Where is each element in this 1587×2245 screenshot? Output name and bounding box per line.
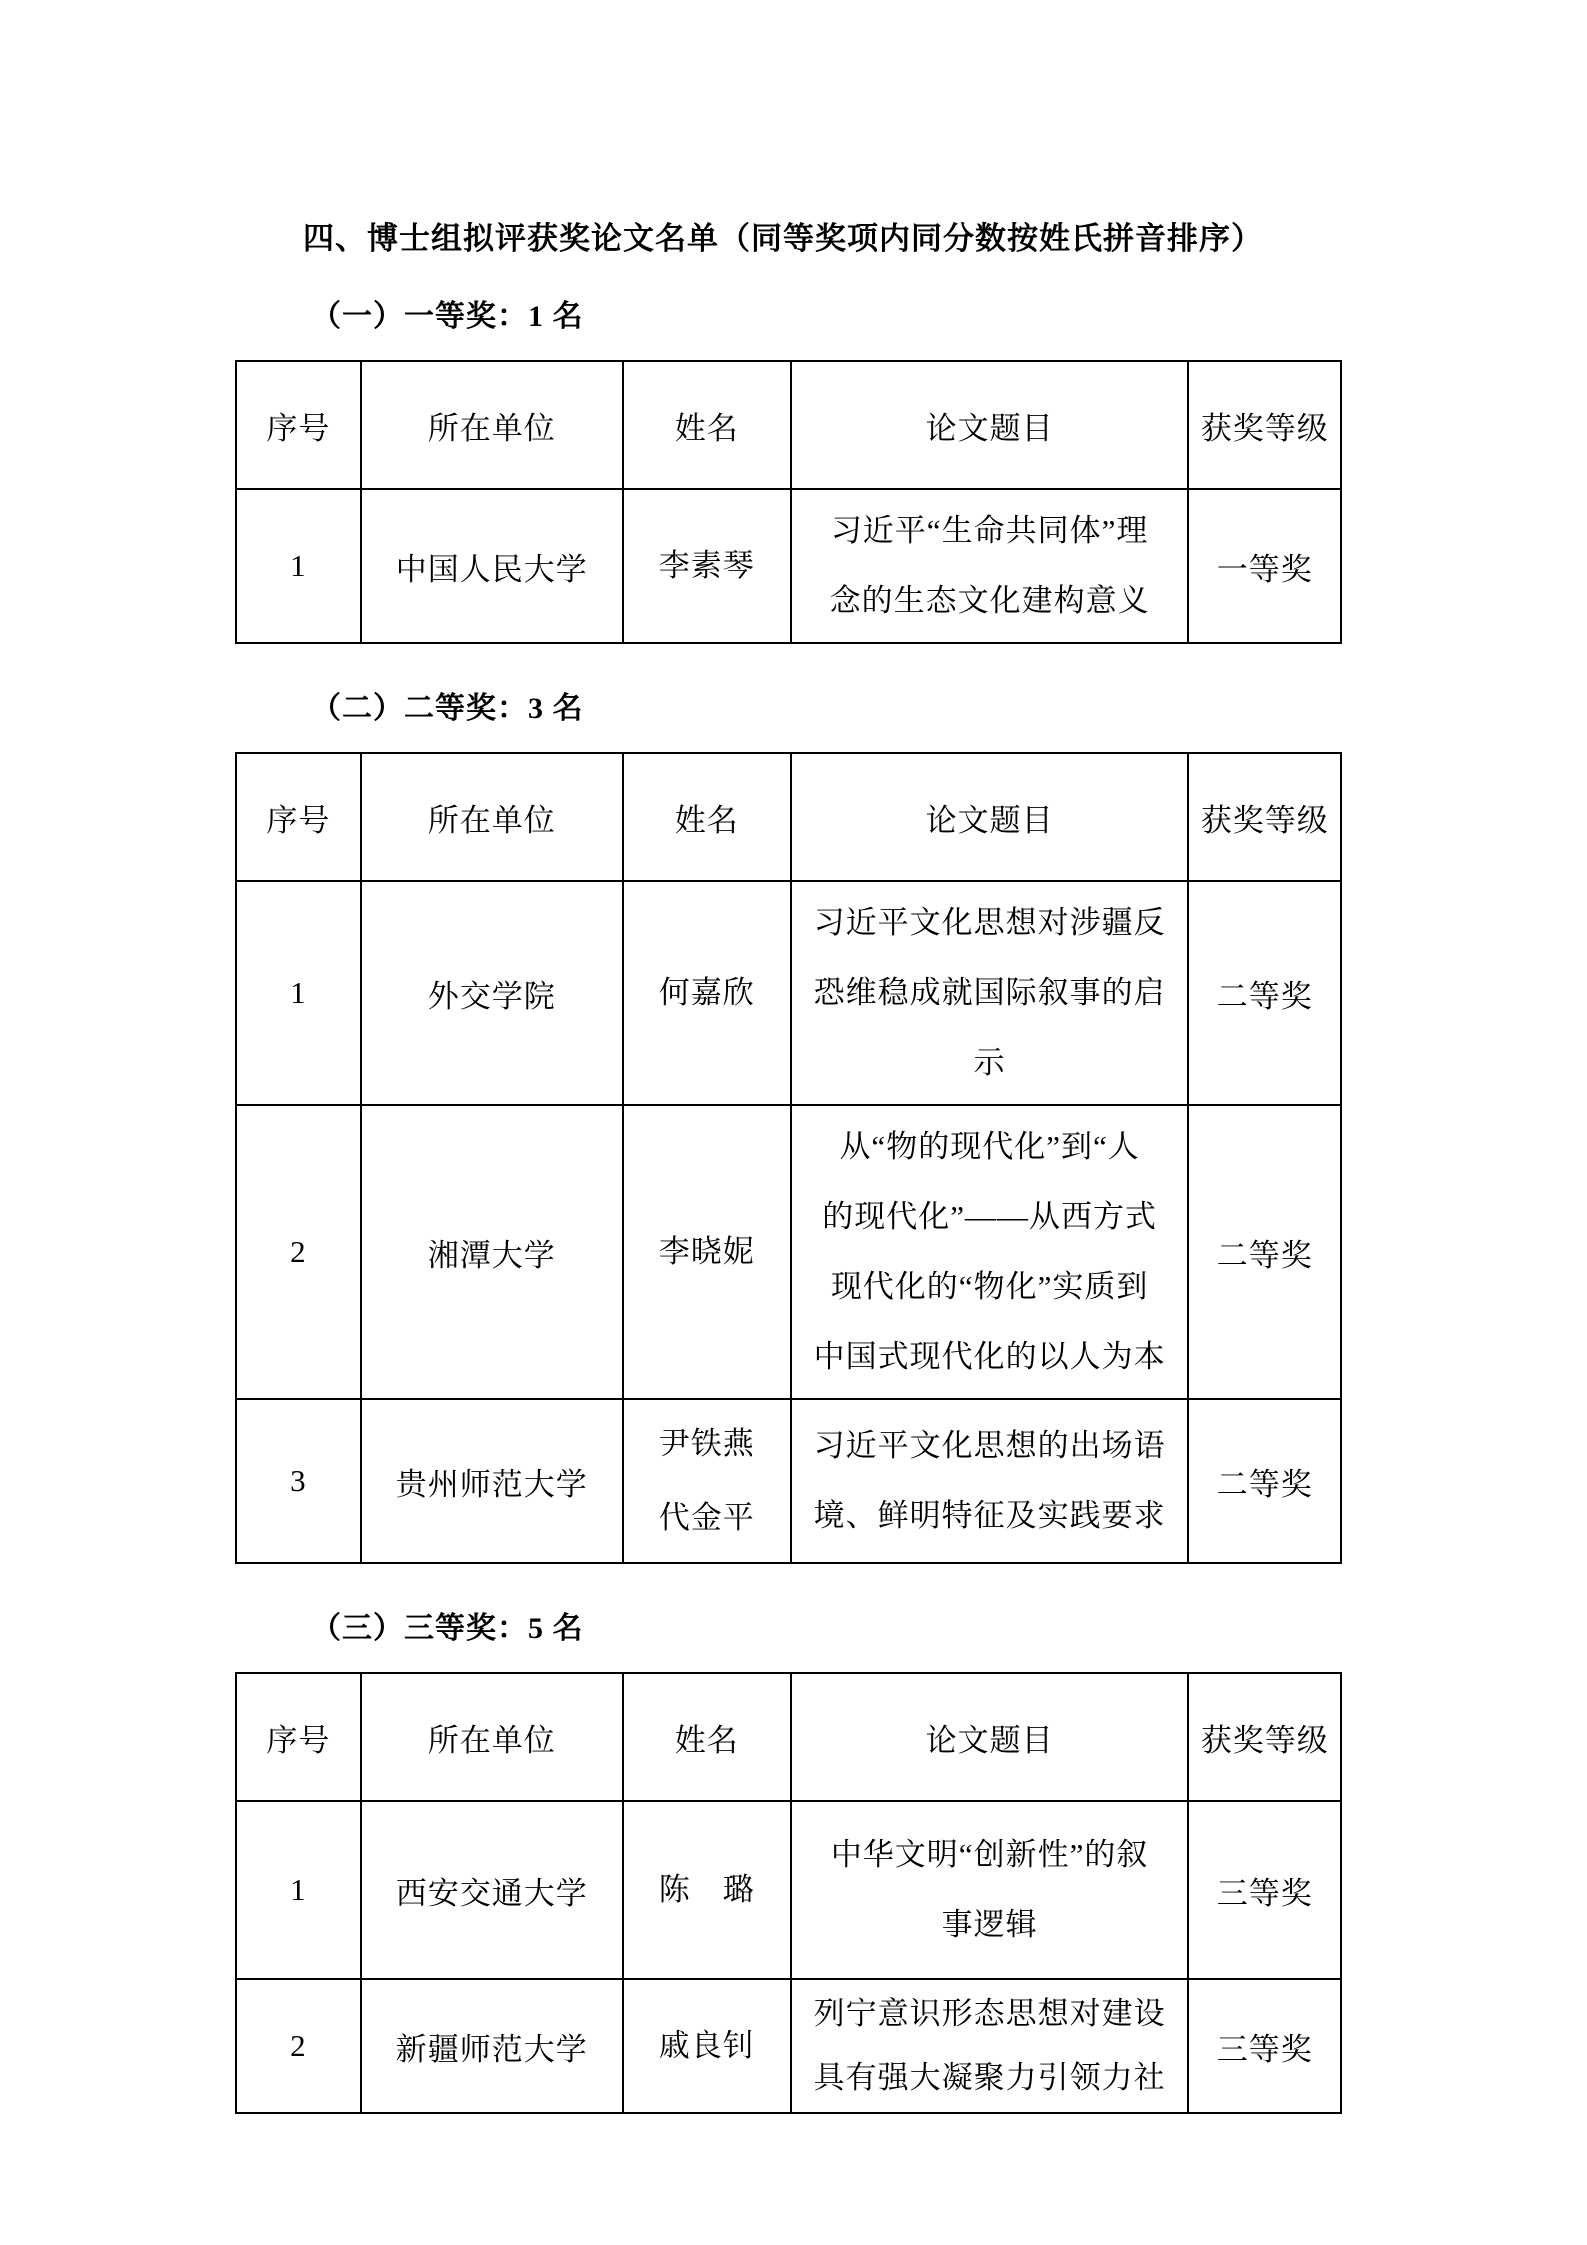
section-second-prize: （二）二等奖：3 名 序号 所在单位 姓名 论文题目 获奖等级 1 外交学院 何… — [235, 690, 1342, 1564]
col-header-award: 获奖等级 — [1188, 361, 1341, 489]
col-header-unit: 所在单位 — [361, 361, 623, 489]
table-header-row: 序号 所在单位 姓名 论文题目 获奖等级 — [236, 753, 1341, 881]
table-row: 3 贵州师范大学 尹铁燕 代金平 习近平文化思想的出场语 境、鲜明特征及实践要求… — [236, 1399, 1341, 1563]
award-table-second-prize: 序号 所在单位 姓名 论文题目 获奖等级 1 外交学院 何嘉欣 习近平文化思想对… — [235, 752, 1342, 1564]
cell-no: 3 — [236, 1399, 361, 1563]
section-heading: （二）二等奖：3 名 — [311, 690, 1342, 728]
cell-name: 何嘉欣 — [623, 881, 791, 1105]
table-header-row: 序号 所在单位 姓名 论文题目 获奖等级 — [236, 1673, 1341, 1801]
table-row: 1 中国人民大学 李素琴 习近平“生命共同体”理 念的生态文化建构意义 一等奖 — [236, 489, 1341, 643]
cell-award: 三等奖 — [1188, 1979, 1341, 2113]
section-heading: （三）三等奖：5 名 — [311, 1610, 1342, 1648]
cell-name: 尹铁燕 代金平 — [623, 1399, 791, 1563]
table-row: 2 新疆师范大学 戚良钊 列宁意识形态思想对建设 具有强大凝聚力引领力社 三等奖 — [236, 1979, 1341, 2113]
cell-unit: 新疆师范大学 — [361, 1979, 623, 2113]
document-page: 四、博士组拟评获奖论文名单（同等奖项内同分数按姓氏拼音排序） （一）一等奖：1 … — [235, 0, 1342, 2114]
cell-no: 2 — [236, 1979, 361, 2113]
cell-unit: 贵州师范大学 — [361, 1399, 623, 1563]
col-header-no: 序号 — [236, 753, 361, 881]
cell-award: 三等奖 — [1188, 1801, 1341, 1979]
col-header-title: 论文题目 — [791, 753, 1189, 881]
section-first-prize: （一）一等奖：1 名 序号 所在单位 姓名 论文题目 获奖等级 1 中国人民大学… — [235, 298, 1342, 644]
cell-title: 习近平文化思想的出场语 境、鲜明特征及实践要求 — [791, 1399, 1189, 1563]
cell-title: 中华文明“创新性”的叙 事逻辑 — [791, 1801, 1189, 1979]
cell-title: 列宁意识形态思想对建设 具有强大凝聚力引领力社 — [791, 1979, 1189, 2113]
cell-unit: 湘潭大学 — [361, 1105, 623, 1399]
section-third-prize: （三）三等奖：5 名 序号 所在单位 姓名 论文题目 获奖等级 1 西安交通大学… — [235, 1610, 1342, 2114]
col-header-name: 姓名 — [623, 1673, 791, 1801]
col-header-unit: 所在单位 — [361, 753, 623, 881]
col-header-unit: 所在单位 — [361, 1673, 623, 1801]
cell-award: 二等奖 — [1188, 1105, 1341, 1399]
col-header-name: 姓名 — [623, 361, 791, 489]
table-header-row: 序号 所在单位 姓名 论文题目 获奖等级 — [236, 361, 1341, 489]
cell-no: 1 — [236, 1801, 361, 1979]
cell-name: 李素琴 — [623, 489, 791, 643]
cell-no: 2 — [236, 1105, 361, 1399]
cell-name: 陈 璐 — [623, 1801, 791, 1979]
cell-title: 从“物的现代化”到“人 的现代化”——从西方式 现代化的“物化”实质到 中国式现… — [791, 1105, 1189, 1399]
table-row: 1 西安交通大学 陈 璐 中华文明“创新性”的叙 事逻辑 三等奖 — [236, 1801, 1341, 1979]
col-header-no: 序号 — [236, 1673, 361, 1801]
col-header-no: 序号 — [236, 361, 361, 489]
cell-no: 1 — [236, 489, 361, 643]
col-header-title: 论文题目 — [791, 361, 1189, 489]
cell-award: 一等奖 — [1188, 489, 1341, 643]
cell-award: 二等奖 — [1188, 1399, 1341, 1563]
cell-award: 二等奖 — [1188, 881, 1341, 1105]
cell-title: 习近平“生命共同体”理 念的生态文化建构意义 — [791, 489, 1189, 643]
table-row: 2 湘潭大学 李晓妮 从“物的现代化”到“人 的现代化”——从西方式 现代化的“… — [236, 1105, 1341, 1399]
cell-name: 戚良钊 — [623, 1979, 791, 2113]
cell-unit: 外交学院 — [361, 881, 623, 1105]
col-header-name: 姓名 — [623, 753, 791, 881]
col-header-award: 获奖等级 — [1188, 753, 1341, 881]
cell-unit: 中国人民大学 — [361, 489, 623, 643]
col-header-award: 获奖等级 — [1188, 1673, 1341, 1801]
cell-title: 习近平文化思想对涉疆反 恐维稳成就国际叙事的启 示 — [791, 881, 1189, 1105]
award-table-first-prize: 序号 所在单位 姓名 论文题目 获奖等级 1 中国人民大学 李素琴 习近平“生命… — [235, 360, 1342, 644]
section-heading: （一）一等奖：1 名 — [311, 298, 1342, 336]
cell-name: 李晓妮 — [623, 1105, 791, 1399]
table-row: 1 外交学院 何嘉欣 习近平文化思想对涉疆反 恐维稳成就国际叙事的启 示 二等奖 — [236, 881, 1341, 1105]
cell-unit: 西安交通大学 — [361, 1801, 623, 1979]
col-header-title: 论文题目 — [791, 1673, 1189, 1801]
award-table-third-prize: 序号 所在单位 姓名 论文题目 获奖等级 1 西安交通大学 陈 璐 中华文明“创… — [235, 1672, 1342, 2114]
cell-no: 1 — [236, 881, 361, 1105]
page-title: 四、博士组拟评获奖论文名单（同等奖项内同分数按姓氏拼音排序） — [303, 218, 1342, 260]
